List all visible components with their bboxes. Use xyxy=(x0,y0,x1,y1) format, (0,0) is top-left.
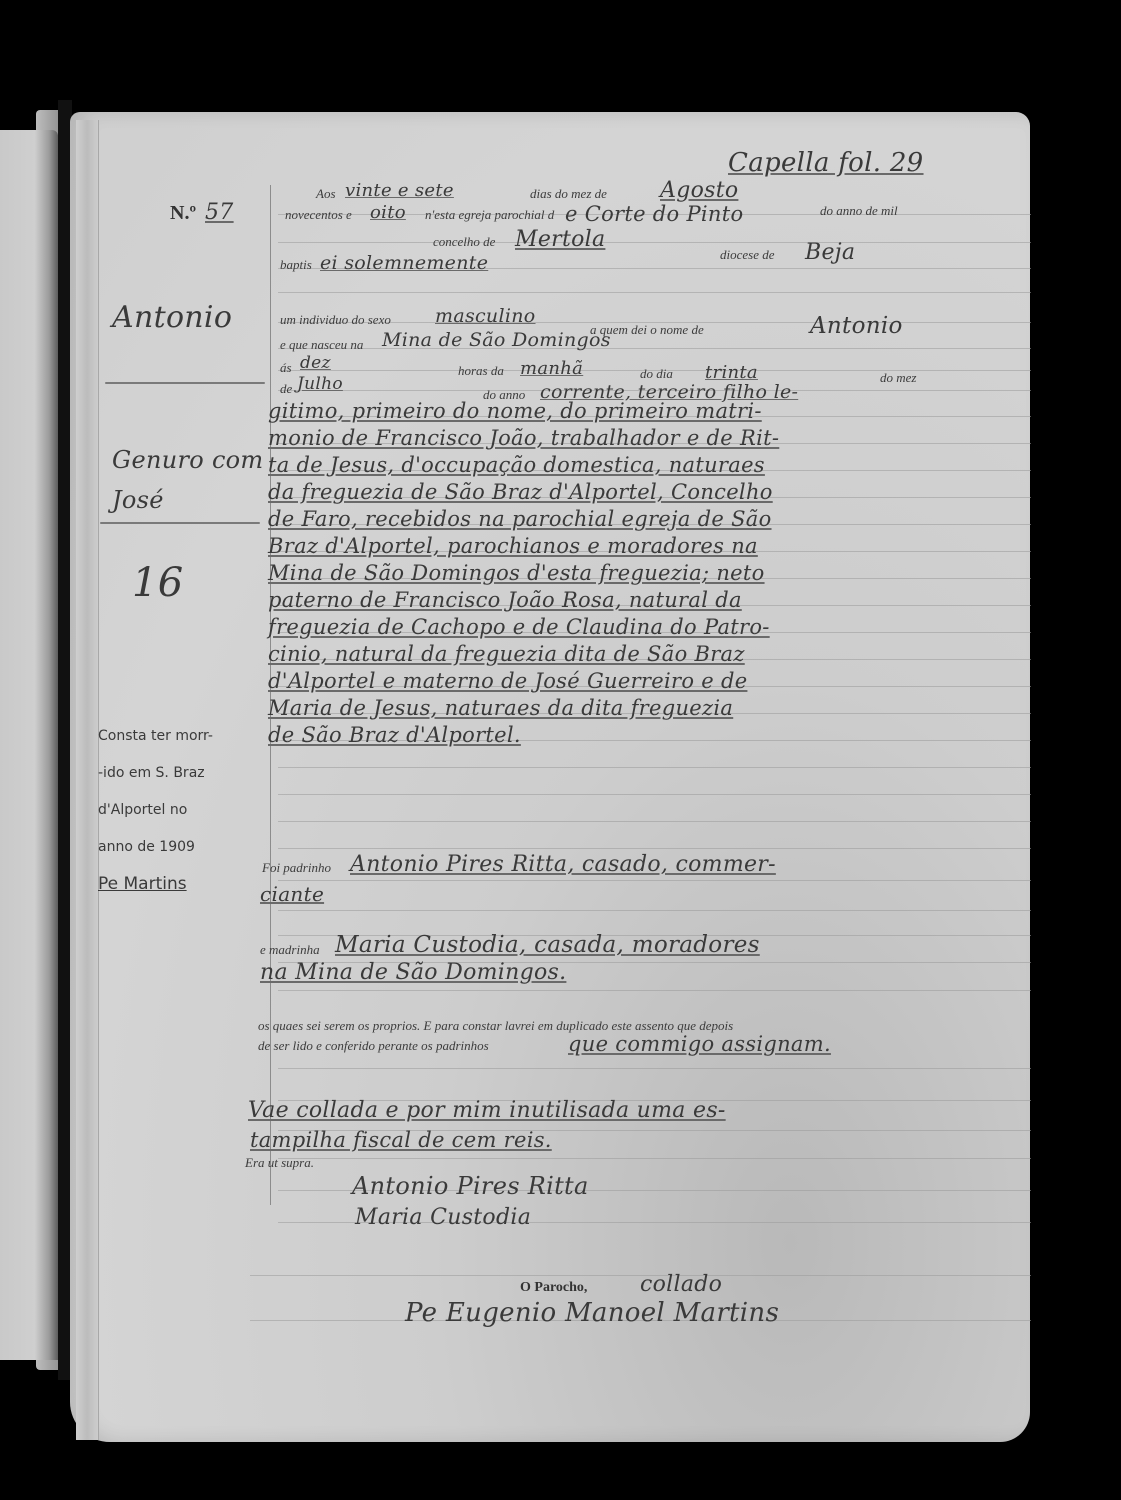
closing-hand: que commigo assignam. xyxy=(568,1032,831,1056)
margin-death-note: Consta ter morr- -ido em S. Braz d'Alpor… xyxy=(98,718,213,903)
padrinho-label: Foi padrinho xyxy=(262,860,331,876)
margin-divider xyxy=(100,522,260,524)
printed-text: n'esta egreja parochial d xyxy=(425,207,554,223)
hand-year: oito xyxy=(370,202,406,223)
folio-annotation: Capella fol. 29 xyxy=(728,148,924,178)
stamp-note-line: Vae collada e por mim inutilisada uma es… xyxy=(248,1098,726,1123)
padrinho-name: Antonio Pires Ritta, casado, commer- xyxy=(350,852,776,877)
printed-text: de xyxy=(280,381,292,397)
body-line: d'Alportel e materno de José Guerreiro e… xyxy=(268,668,948,695)
hand-sex: masculino xyxy=(435,305,536,327)
printed-text: do mez xyxy=(880,370,916,386)
hand-birth-day: trinta xyxy=(705,362,758,383)
margin-child-name: Antonio xyxy=(112,300,232,335)
printed-text: baptis xyxy=(280,257,312,273)
death-note-line: Pe Martins xyxy=(98,866,213,903)
printed-text: diocese de xyxy=(720,247,775,263)
hand-day: vinte e sete xyxy=(345,180,454,201)
printed-text: horas da xyxy=(458,363,504,379)
padrinho-occupation: ciante xyxy=(260,882,324,906)
body-line: Braz d'Alportel, parochianos e moradores… xyxy=(268,533,948,560)
body-line: Mina de São Domingos d'esta freguezia; n… xyxy=(268,560,948,587)
hand-birth-month: Julho xyxy=(297,374,343,394)
body-line: ta de Jesus, d'occupação domestica, natu… xyxy=(268,452,948,479)
hand-child-name: Antonio xyxy=(810,313,903,339)
record-number: 57 xyxy=(205,200,234,225)
margin-note-genuro: Genuro com José xyxy=(112,440,272,520)
body-line: monio de Francisco João, trabalhador e d… xyxy=(268,425,948,452)
era-ut-supra: Era ut supra. xyxy=(245,1155,314,1171)
madrinha-name: Maria Custodia, casada, moradores xyxy=(335,932,760,958)
printed-text: um individuo do sexo xyxy=(280,312,391,328)
stamp-note-line: tampilha fiscal de cem reis. xyxy=(250,1128,552,1152)
death-note-line: Consta ter morr- xyxy=(98,718,213,755)
body-line: da freguezia de São Braz d'Alportel, Con… xyxy=(268,479,948,506)
printed-text: Aos xyxy=(316,186,336,202)
printed-text: do anno de mil xyxy=(820,203,898,219)
hand-hour: dez xyxy=(300,353,331,373)
printed-text: concelho de xyxy=(433,234,495,250)
body-line: de São Braz d'Alportel. xyxy=(268,722,948,749)
body-line: cinio, natural da freguezia dita de São … xyxy=(268,641,948,668)
printed-text: novecentos e xyxy=(285,207,352,223)
hand-concelho: Mertola xyxy=(515,227,605,252)
margin-note-number: 16 xyxy=(132,560,184,606)
record-body: gitimo, primeiro do nome, do primeiro ma… xyxy=(268,398,948,749)
closing-printed-line: de ser lido e conferido perante os padri… xyxy=(258,1038,489,1054)
madrinha-residence: na Mina de São Domingos. xyxy=(260,960,566,985)
margin-divider xyxy=(105,382,265,384)
hand-parish: e Corte do Pinto xyxy=(565,202,743,226)
signature-padrinho: Antonio Pires Ritta xyxy=(352,1172,589,1200)
printed-text: dias do mez de xyxy=(530,186,607,202)
page-binding-edge xyxy=(76,120,99,1440)
madrinha-label: e madrinha xyxy=(260,942,320,958)
body-line: de Faro, recebidos na parochial egreja d… xyxy=(268,506,948,533)
parocho-collado: collado xyxy=(640,1272,722,1297)
body-line: freguezia de Cachopo e de Claudina do Pa… xyxy=(268,614,948,641)
death-note-line: d'Alportel no xyxy=(98,792,213,829)
signature-madrinha: Maria Custodia xyxy=(355,1205,531,1230)
facing-page-fragment xyxy=(0,130,58,1360)
body-line: Maria de Jesus, naturaes da dita freguez… xyxy=(268,695,948,722)
hand-baptism-type: ei solemnemente xyxy=(320,252,488,274)
hand-birthplace: Mina de São Domingos xyxy=(382,329,611,351)
body-line: gitimo, primeiro do nome, do primeiro ma… xyxy=(268,398,948,425)
printed-text: ás xyxy=(280,360,292,376)
hand-period: manhã xyxy=(520,358,583,379)
parocho-signature: Pe Eugenio Manoel Martins xyxy=(405,1298,779,1328)
body-line: paterno de Francisco João Rosa, natural … xyxy=(268,587,948,614)
record-number-label: N.º xyxy=(170,202,196,225)
death-note-line: anno de 1909 xyxy=(98,829,213,866)
printed-text: e que nasceu na xyxy=(280,337,363,353)
parocho-label: O Parocho, xyxy=(520,1280,587,1296)
printed-text: do dia xyxy=(640,366,673,382)
hand-diocese: Beja xyxy=(805,240,855,265)
hand-month: Agosto xyxy=(660,178,738,203)
death-note-line: -ido em S. Braz xyxy=(98,755,213,792)
